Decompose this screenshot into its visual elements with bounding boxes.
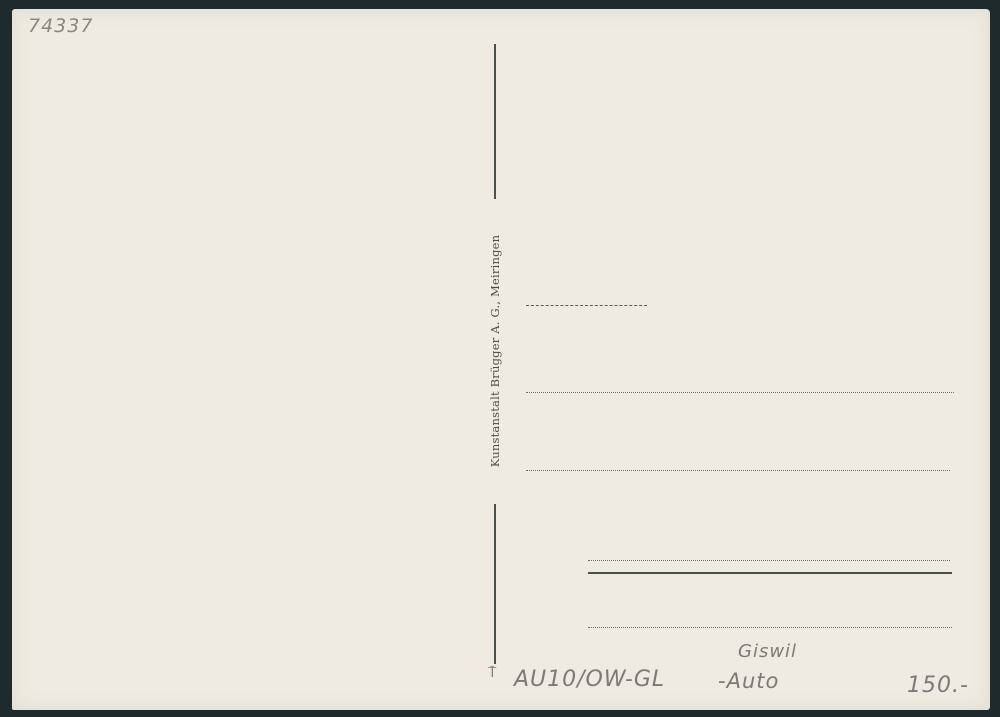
subject-note: -Auto — [718, 669, 779, 693]
place-line — [588, 572, 952, 574]
postcard-back: 74337 Kunstanstalt Brügger A. G., Meirin… — [12, 9, 990, 710]
address-line-3 — [588, 560, 950, 561]
divider-line-bottom — [494, 504, 496, 664]
address-line-4 — [588, 627, 952, 628]
publisher-imprint: Kunstanstalt Brügger A. G., Meiringen — [488, 235, 502, 467]
place-name: Giswil — [738, 641, 797, 662]
publisher-mark-icon: ⍑ — [488, 665, 496, 681]
address-line-short — [526, 305, 647, 306]
address-line-1 — [526, 392, 954, 393]
price: 150.- — [907, 673, 969, 698]
divider-line-top — [494, 44, 496, 199]
address-line-2 — [526, 470, 950, 471]
archive-code: AU10/OW-GL — [514, 667, 665, 692]
inventory-number: 74337 — [28, 15, 93, 37]
